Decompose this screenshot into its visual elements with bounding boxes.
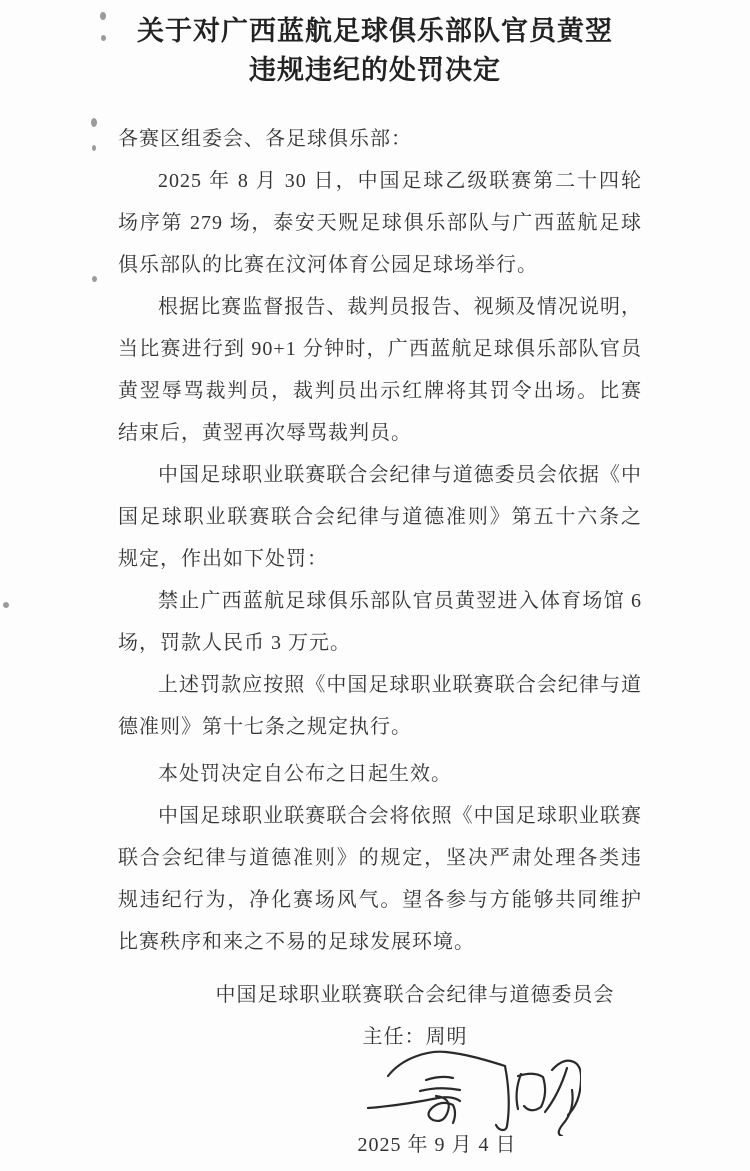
scan-speck — [101, 35, 106, 41]
paragraph-fine-execution: 上述罚款应按照《中国足球职业联赛联合会纪律与道德准则》第十七条之规定执行。 — [118, 664, 642, 748]
document-title-line2: 违规违纪的处罚决定 — [0, 51, 750, 90]
document-body: 各赛区组委会、各足球俱乐部： 2025 年 8 月 30 日，中国足球乙级联赛第… — [118, 118, 642, 963]
scan-speck — [91, 118, 97, 127]
document-title: 关于对广西蓝航足球俱乐部队官员黄翌 违规违纪的处罚决定 — [0, 0, 750, 90]
signer-title: 主任：周明 — [80, 1024, 750, 1050]
salutation: 各赛区组委会、各足球俱乐部： — [118, 118, 642, 160]
paragraph-effective-date: 本处罚决定自公布之日起生效。 — [118, 753, 642, 795]
scan-speck — [100, 12, 106, 20]
issuing-organization: 中国足球职业联赛联合会纪律与道德委员会 — [80, 982, 750, 1008]
scan-speck — [92, 276, 97, 282]
paragraph-closing-statement: 中国足球职业联赛联合会将依照《中国足球职业联赛联合会纪律与道德准则》的规定，坚决… — [118, 795, 642, 963]
scan-speck — [92, 145, 96, 151]
handwritten-signature-zhouming — [366, 1048, 581, 1136]
document-date: 2025 年 9 月 4 日 — [102, 1132, 750, 1158]
paragraph-incident: 根据比赛监督报告、裁判员报告、视频及情况说明，当比赛进行到 90+1 分钟时，广… — [118, 286, 642, 454]
scan-speck — [3, 602, 9, 608]
scanned-document-page: 关于对广西蓝航足球俱乐部队官员黄翌 违规违纪的处罚决定 各赛区组委会、各足球俱乐… — [0, 0, 750, 1171]
document-title-line1: 关于对广西蓝航足球俱乐部队官员黄翌 — [0, 12, 750, 51]
paragraph-punishment: 禁止广西蓝航足球俱乐部队官员黄翌进入体育场馆 6 场，罚款人民币 3 万元。 — [118, 580, 642, 664]
paragraph-legal-basis: 中国足球职业联赛联合会纪律与道德委员会依据《中国足球职业联赛联合会纪律与道德准则… — [118, 454, 642, 580]
paragraph-match-info: 2025 年 8 月 30 日，中国足球乙级联赛第二十四轮场序第 279 场，泰… — [118, 160, 642, 286]
signature-block: 中国足球职业联赛联合会纪律与道德委员会 主任：周明 2025 年 9 月 4 日 — [0, 982, 750, 1158]
